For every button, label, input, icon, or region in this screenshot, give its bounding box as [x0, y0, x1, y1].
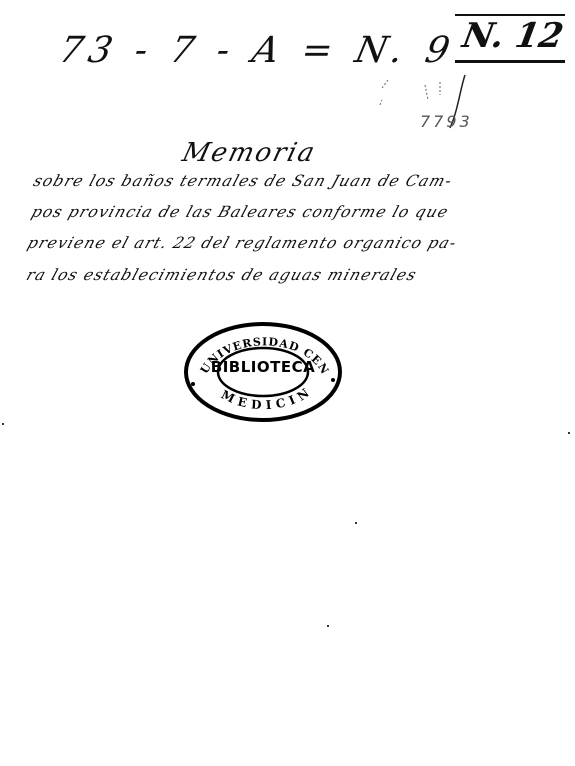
pencil-notation: 7793: [420, 112, 473, 131]
body-line: previene el art. 22 del reglamento organ…: [25, 234, 459, 252]
document-number: N. 12: [459, 16, 566, 56]
stamp-center-text: BIBLIOTECA: [183, 358, 343, 376]
scan-speck: [568, 432, 570, 434]
scanned-document-page: 73 - 7 - A = N. 9 N. 12 7793 Memoria sob…: [0, 0, 575, 766]
document-title: Memoria: [179, 138, 319, 168]
document-number-box: N. 12: [455, 14, 565, 63]
scan-speck: [355, 522, 357, 524]
scan-speck: [2, 423, 4, 425]
body-line: ra los establecimientos de aguas mineral…: [24, 266, 419, 284]
scan-speck: [327, 625, 329, 627]
shelfmark: 73 - 7 - A = N. 9: [56, 30, 460, 71]
body-line: pos provincia de las Baleares conforme l…: [29, 203, 451, 221]
body-line: sobre los baños termales de San Juan de …: [31, 172, 455, 190]
library-stamp: UNIVERSIDAD CENTRAL MEDICINA BIBLIOTECA: [183, 320, 343, 425]
